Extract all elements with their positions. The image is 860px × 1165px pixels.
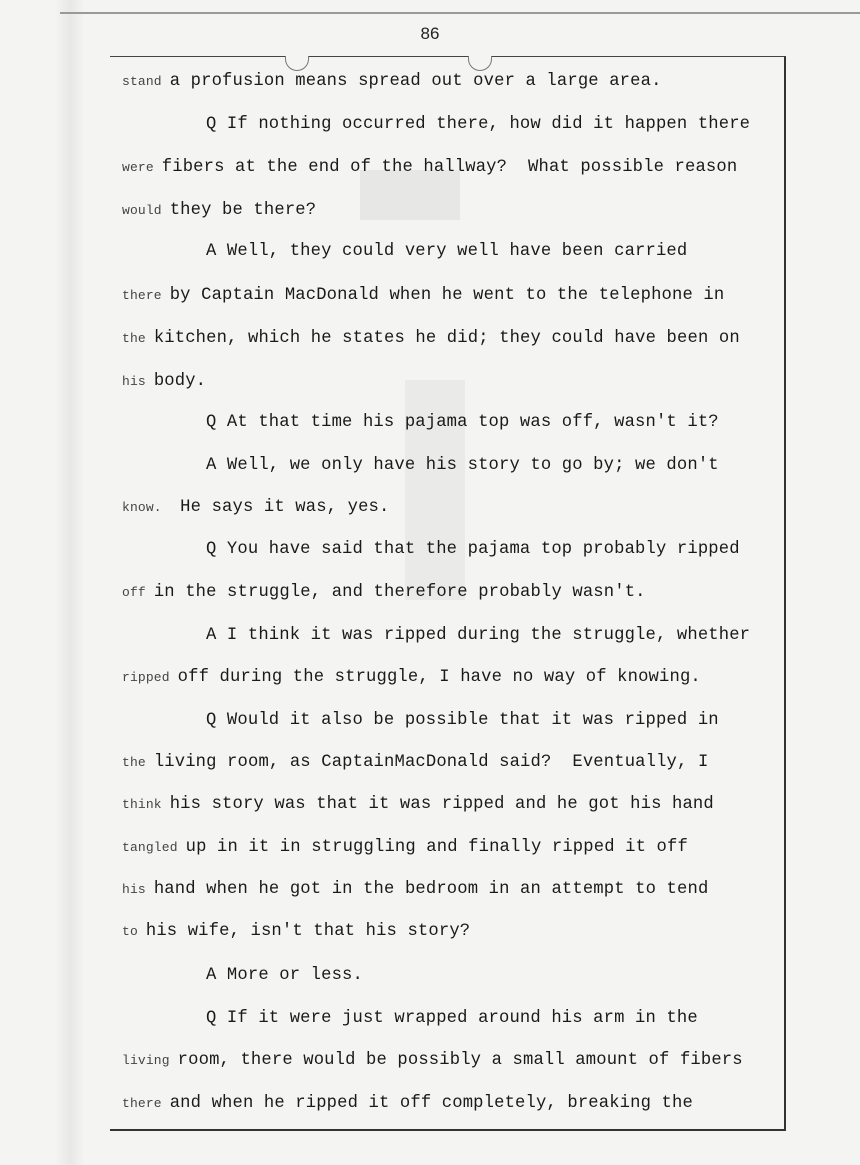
scan-shadow [55, 0, 85, 1165]
transcript-line: there and when he ripped it off complete… [122, 1094, 693, 1113]
line-margin-fragment: there [122, 1096, 170, 1111]
line-margin-fragment: know. [122, 500, 170, 515]
line-margin-fragment: stand [122, 74, 170, 89]
page-number: 86 [0, 24, 860, 44]
line-margin-fragment: the [122, 331, 154, 346]
line-margin-fragment: living [122, 1053, 178, 1068]
line-text: hand when he got in the bedroom in an at… [154, 880, 709, 899]
line-text: Q You have said that the pajama top prob… [206, 540, 740, 559]
line-text: living room, as CaptainMacDonald said? E… [154, 753, 709, 772]
line-text: up in it in struggling and finally rippe… [186, 838, 688, 857]
transcript-line: think his story was that it was ripped a… [122, 795, 714, 814]
line-text: they be there? [170, 201, 317, 220]
transcript-line: were fibers at the end of the hallway? W… [122, 158, 737, 177]
line-text: room, there would be possibly a small am… [178, 1051, 743, 1070]
transcript-line: his hand when he got in the bedroom in a… [122, 880, 708, 899]
transcript-line: A Well, they could very well have been c… [206, 242, 687, 261]
line-margin-fragment: his [122, 882, 154, 897]
transcript-line: Q If it were just wrapped around his arm… [206, 1009, 698, 1028]
line-margin-fragment: would [122, 203, 170, 218]
line-text: Q If it were just wrapped around his arm… [206, 1009, 698, 1028]
transcript-line: tangled up in it in struggling and final… [122, 838, 688, 857]
line-text: fibers at the end of the hallway? What p… [162, 158, 738, 177]
line-text: Q If nothing occurred there, how did it … [206, 115, 750, 134]
transcript-line: A I think it was ripped during the strug… [206, 626, 750, 645]
line-text: A Well, they could very well have been c… [206, 242, 687, 261]
line-text: in the struggle, and therefore probably … [154, 583, 646, 602]
line-text: off during the struggle, I have no way o… [178, 668, 701, 687]
line-margin-fragment: to [122, 924, 146, 939]
bleed-through-smudge [360, 170, 460, 220]
line-text: He says it was, yes. [170, 498, 390, 517]
transcript-line: would they be there? [122, 201, 316, 220]
line-text: A More or less. [206, 966, 363, 985]
line-text: Q Would it also be possible that it was … [206, 711, 719, 730]
transcript-line: off in the struggle, and therefore proba… [122, 583, 646, 602]
line-margin-fragment: tangled [122, 840, 186, 855]
transcript-line: the kitchen, which he states he did; the… [122, 329, 740, 348]
transcript-line: his body. [122, 372, 206, 391]
transcript-line: Q If nothing occurred there, how did it … [206, 115, 750, 134]
line-text: and when he ripped it off completely, br… [170, 1094, 693, 1113]
line-margin-fragment: think [122, 797, 170, 812]
transcript-line: stand a profusion means spread out over … [122, 72, 662, 91]
line-text: a profusion means spread out over a larg… [170, 72, 662, 91]
transcript-line: living room, there would be possibly a s… [122, 1051, 743, 1070]
line-text: his wife, isn't that his story? [146, 922, 470, 941]
transcript-line: Q You have said that the pajama top prob… [206, 540, 740, 559]
transcript-line: Q At that time his pajama top was off, w… [206, 413, 719, 432]
line-text: A Well, we only have his story to go by;… [206, 456, 719, 475]
transcript-line: A More or less. [206, 966, 363, 985]
transcript-line: to his wife, isn't that his story? [122, 922, 470, 941]
line-text: his story was that it was ripped and he … [170, 795, 714, 814]
line-margin-fragment: there [122, 288, 170, 303]
transcript-line: Q Would it also be possible that it was … [206, 711, 719, 730]
line-text: by Captain MacDonald when he went to the… [170, 286, 725, 305]
line-margin-fragment: his [122, 374, 154, 389]
line-text: body. [154, 372, 206, 391]
line-margin-fragment: were [122, 160, 162, 175]
transcript-line: know. He says it was, yes. [122, 498, 389, 517]
line-text: Q At that time his pajama top was off, w… [206, 413, 719, 432]
line-margin-fragment: off [122, 585, 154, 600]
line-text: kitchen, which he states he did; they co… [154, 329, 740, 348]
transcript-line: the living room, as CaptainMacDonald sai… [122, 753, 708, 772]
line-margin-fragment: the [122, 755, 154, 770]
transcript-line: there by Captain MacDonald when he went … [122, 286, 724, 305]
line-margin-fragment: ripped [122, 670, 178, 685]
page-top-edge [60, 12, 860, 14]
transcript-line: ripped off during the struggle, I have n… [122, 668, 701, 687]
line-text: A I think it was ripped during the strug… [206, 626, 750, 645]
transcript-line: A Well, we only have his story to go by;… [206, 456, 719, 475]
